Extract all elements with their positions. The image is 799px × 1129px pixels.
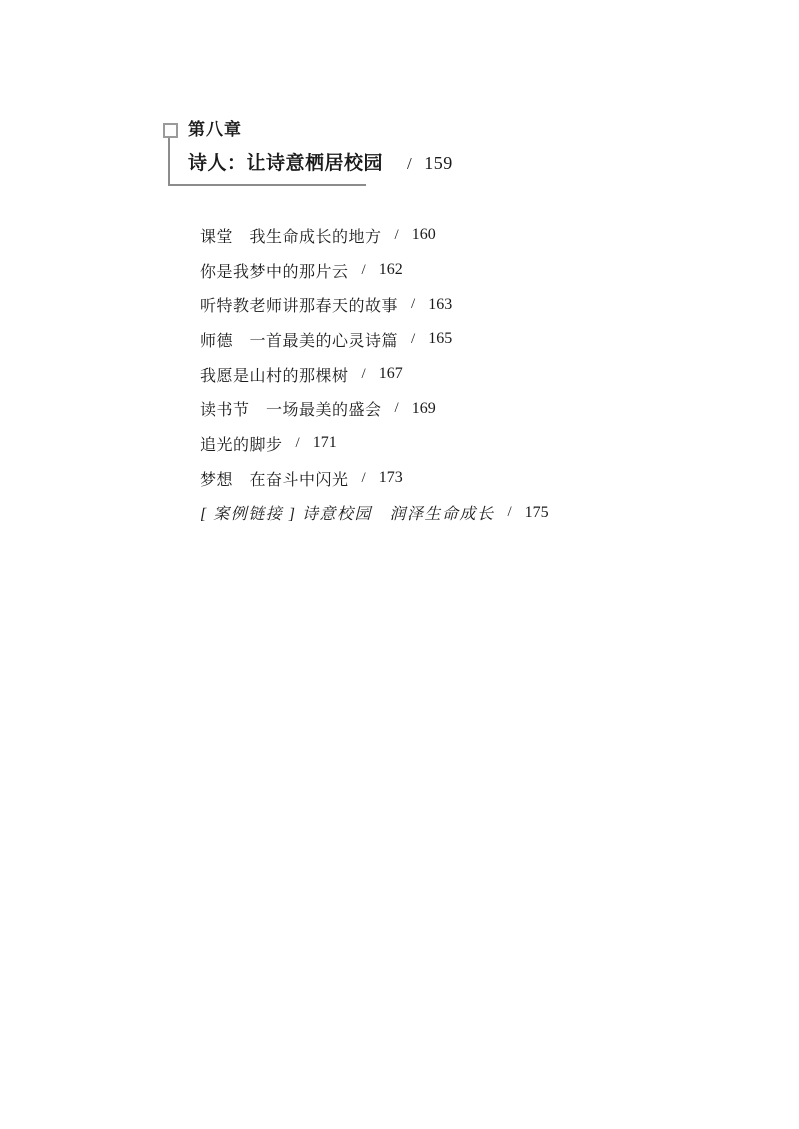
toc-entry-title: 我愿是山村的那棵树 [200, 363, 349, 386]
toc-entry: 你是我梦中的那片云 / 162 [200, 253, 680, 288]
chapter-square-marker-icon [163, 123, 178, 138]
toc-entry-title: 读书节 一场最美的盛会 [200, 397, 382, 420]
toc-separator: / [362, 470, 366, 487]
toc-page-number: 169 [412, 400, 436, 418]
toc-entry-case-link: [ 案例链接 ] 诗意校园 润泽生命成长 / 175 [200, 496, 680, 531]
chapter-page-separator: / [407, 152, 412, 176]
chapter-title: 诗人：让诗意栖居校园 [188, 152, 383, 176]
toc-entry: 我愿是山村的那棵树 / 167 [200, 357, 680, 392]
toc-separator: / [362, 366, 366, 383]
toc-entry-title: 你是我梦中的那片云 [200, 259, 349, 282]
toc-entry-title: 听特教老师讲那春天的故事 [200, 293, 398, 316]
toc-entry: 梦想 在奋斗中闪光 / 173 [200, 461, 680, 496]
toc-entry-title: 师德 一首最美的心灵诗篇 [200, 328, 398, 351]
toc-page-number: 171 [313, 434, 337, 452]
chapter-page-number: 159 [424, 151, 453, 175]
toc-entry: 师德 一首最美的心灵诗篇 / 165 [200, 322, 680, 357]
toc-entry-title: 追光的脚步 [200, 432, 283, 455]
toc-page-number: 173 [379, 469, 403, 487]
toc-page-number: 160 [412, 226, 436, 244]
toc-separator: / [296, 435, 300, 452]
chapter-number-label: 第八章 [188, 120, 242, 140]
toc-page-number: 175 [525, 504, 549, 522]
toc-entry: 读书节 一场最美的盛会 / 169 [200, 391, 680, 426]
toc-entry-title: 课堂 我生命成长的地方 [200, 224, 382, 247]
toc-entry: 追光的脚步 / 171 [200, 426, 680, 461]
toc-separator: / [507, 504, 511, 521]
toc-separator: / [411, 296, 415, 313]
toc-page-number: 163 [428, 296, 452, 314]
toc-page-number: 165 [428, 330, 452, 348]
toc-entry: 课堂 我生命成长的地方 / 160 [200, 218, 680, 253]
toc-entry-title: 梦想 在奋斗中闪光 [200, 467, 349, 490]
toc-page-number: 167 [379, 365, 403, 383]
book-page: 第八章 诗人：让诗意栖居校园 / 159 课堂 我生命成长的地方 / 160 你… [0, 0, 799, 1129]
chapter-title-row: 诗人：让诗意栖居校园 / 159 [188, 151, 453, 176]
toc-page-number: 162 [379, 261, 403, 279]
toc-separator: / [411, 331, 415, 348]
toc-list: 课堂 我生命成长的地方 / 160 你是我梦中的那片云 / 162 听特教老师讲… [200, 218, 680, 530]
toc-separator: / [362, 262, 366, 279]
toc-entry: 听特教老师讲那春天的故事 / 163 [200, 287, 680, 322]
toc-separator: / [395, 227, 399, 244]
toc-separator: / [395, 400, 399, 417]
toc-entry-title: [ 案例链接 ] 诗意校园 润泽生命成长 [200, 501, 494, 524]
